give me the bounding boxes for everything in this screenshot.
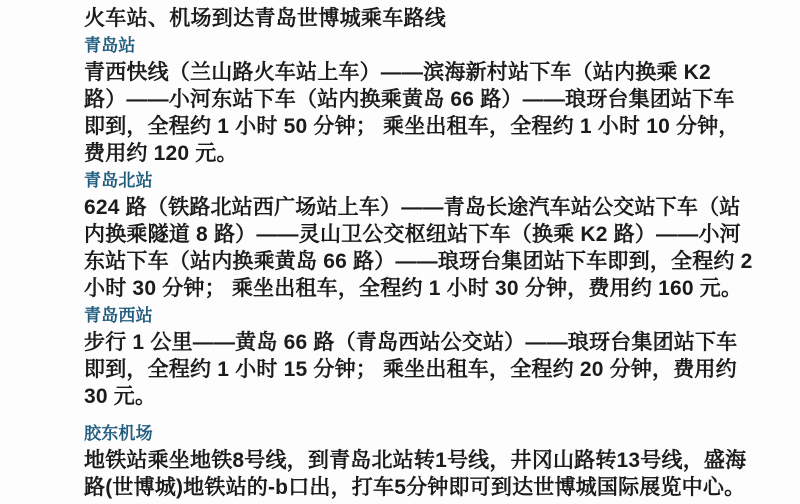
route-line: 即到，全程约 1 小时 50 分钟； 乘坐出租车，全程约 1 小时 10 分钟， (84, 113, 760, 140)
route-line: 即到，全程约 1 小时 15 分钟； 乘坐出租车，全程约 20 分钟，费用约 (84, 356, 760, 383)
page-title: 火车站、机场到达青岛世博城乘车路线 (84, 5, 760, 32)
section-heading-jiaodong-airport: 胶东机场 (84, 420, 760, 447)
route-line: 内换乘隧道 8 路）——灵山卫公交枢纽站下车（换乘 K2 路）——小河 (84, 221, 760, 248)
route-line: 青西快线（兰山路火车站上车）——滨海新村站下车（站内换乘 K2 (84, 59, 760, 86)
section-heading-qingdao-north-station: 青岛北站 (84, 167, 760, 194)
document-page: 火车站、机场到达青岛世博城乘车路线 青岛站 青西快线（兰山路火车站上车）——滨海… (0, 0, 760, 501)
route-line: 步行 1 公里——黄岛 66 路（青岛西站公交站）——琅玡台集团站下车 (84, 329, 760, 356)
section-heading-qingdao-west-station: 青岛西站 (84, 302, 760, 329)
route-line: 东站下车（站内换乘黄岛 66 路）——琅玡台集团站下车即到，全程约 2 (84, 248, 760, 275)
route-line: 624 路（铁路北站西广场站上车）——青岛长途汽车站公交站下车（站 (84, 194, 760, 221)
route-line: 路(世博城)地铁站的-b口出，打车5分钟即可到达世博城国际展览中心。 (84, 474, 760, 501)
route-line: 费用约 120 元。 (84, 140, 760, 167)
route-line: 30 元。 (84, 383, 760, 410)
route-line: 地铁站乘坐地铁8号线，到青岛北站转1号线，井冈山路转13号线，盛海 (84, 447, 760, 474)
route-line: 小时 30 分钟； 乘坐出租车，全程约 1 小时 30 分钟，费用约 160 元… (84, 275, 760, 302)
route-line: 路）——小河东站下车（站内换乘黄岛 66 路）——琅玡台集团站下车 (84, 86, 760, 113)
section-heading-qingdao-station: 青岛站 (84, 32, 760, 59)
